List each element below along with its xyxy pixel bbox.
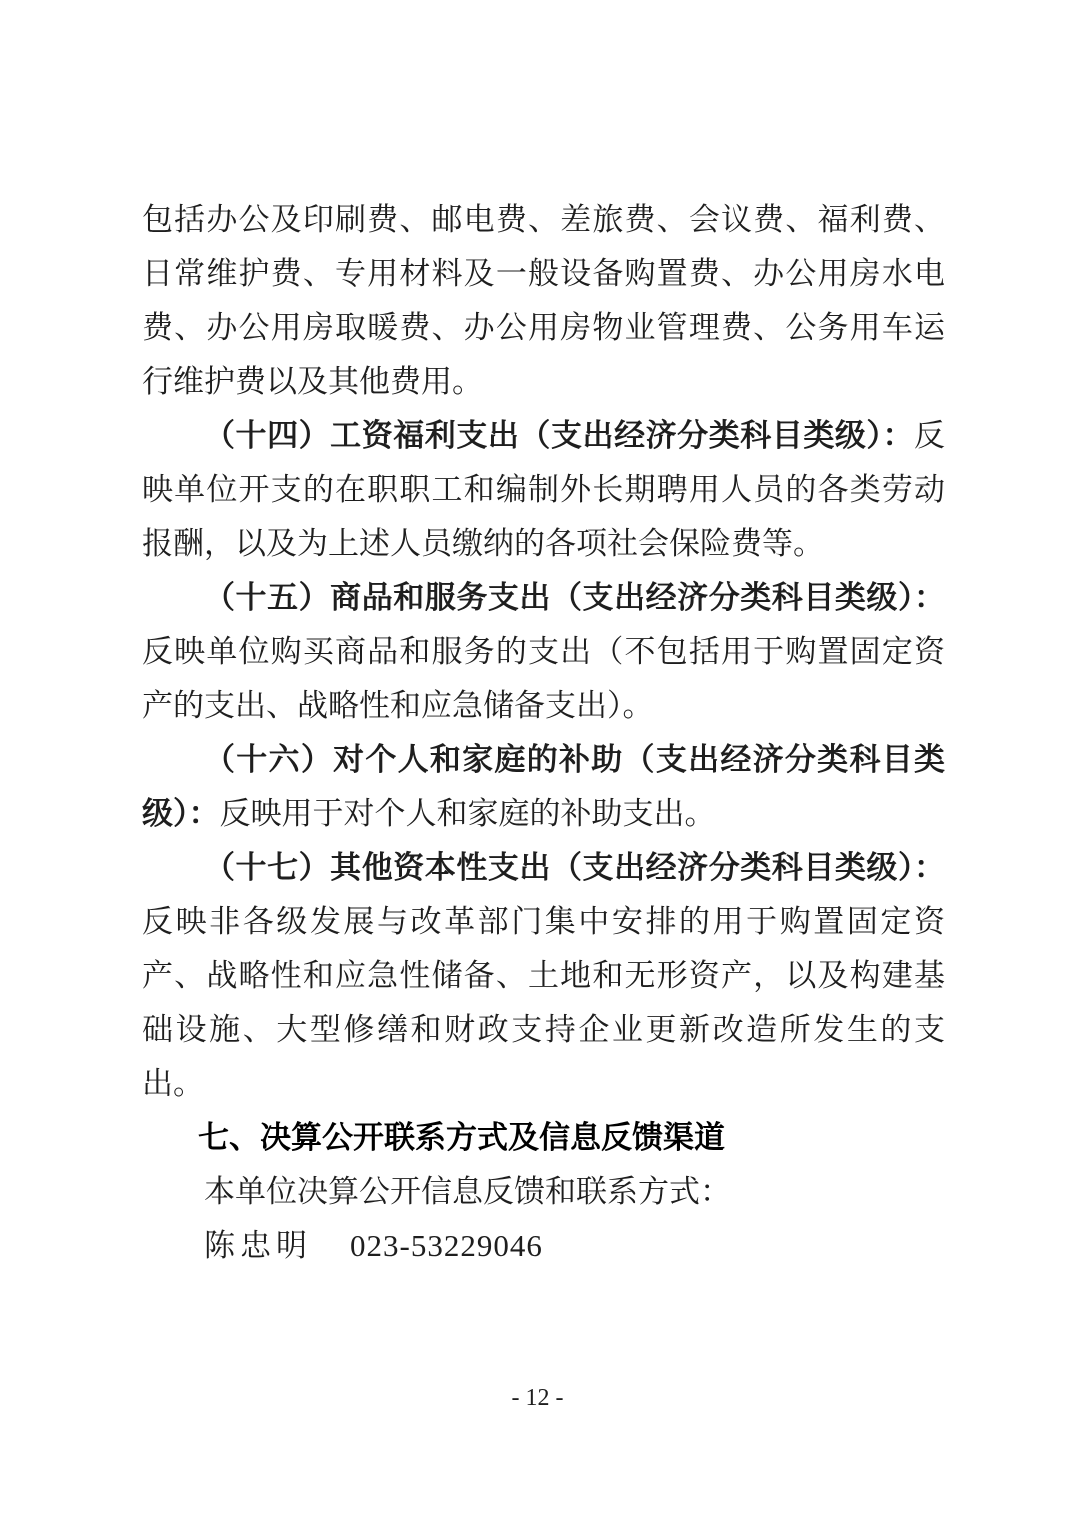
contact-line: 陈忠明023-53229046	[142, 1219, 945, 1273]
paragraph-item-14-wage-welfare: （十四）工资福利支出（支出经济分类科目类级）：反映单位开支的在职职工和编制外长期…	[142, 409, 945, 571]
paragraph-lead: （十七）其他资本性支出（支出经济分类科目类级）：	[204, 850, 945, 885]
paragraph-expense-detail: 包括办公及印刷费、邮电费、差旅费、会议费、福利费、日常维护费、专用材料及一般设备…	[142, 193, 945, 409]
paragraph-item-17-capital-expenditure: （十七）其他资本性支出（支出经济分类科目类级）：反映非各级发展与改革部门集中安排…	[142, 841, 945, 1111]
paragraph-lead: （十五）商品和服务支出（支出经济分类科目类级）：	[204, 580, 945, 615]
paragraph-text: 反映非各级发展与改革部门集中安排的用于购置固定资产、战略性和应急性储备、土地和无…	[142, 904, 945, 1101]
document-page: 包括办公及印刷费、邮电费、差旅费、会议费、福利费、日常维护费、专用材料及一般设备…	[0, 0, 1075, 1520]
paragraph-text: 反映用于对个人和家庭的补助支出。	[220, 796, 716, 831]
page-number: - 12 -	[0, 1382, 1075, 1414]
paragraph-lead: （十四）工资福利支出（支出经济分类科目类级）：	[204, 418, 914, 453]
contact-name: 陈忠明	[204, 1228, 312, 1263]
contact-phone: 023-53229046	[350, 1228, 543, 1263]
document-body: 包括办公及印刷费、邮电费、差旅费、会议费、福利费、日常维护费、专用材料及一般设备…	[142, 193, 945, 1273]
contact-intro-line: 本单位决算公开信息反馈和联系方式：	[142, 1165, 945, 1219]
paragraph-item-16-subsidies: （十六）对个人和家庭的补助（支出经济分类科目类级）：反映用于对个人和家庭的补助支…	[142, 733, 945, 841]
paragraph-item-15-goods-services: （十五）商品和服务支出（支出经济分类科目类级）：反映单位购买商品和服务的支出（不…	[142, 571, 945, 733]
section-heading-contact-channel: 七、决算公开联系方式及信息反馈渠道	[142, 1111, 945, 1165]
paragraph-text: 包括办公及印刷费、邮电费、差旅费、会议费、福利费、日常维护费、专用材料及一般设备…	[142, 202, 945, 399]
paragraph-text: 反映单位购买商品和服务的支出（不包括用于购置固定资产的支出、战略性和应急储备支出…	[142, 634, 945, 723]
